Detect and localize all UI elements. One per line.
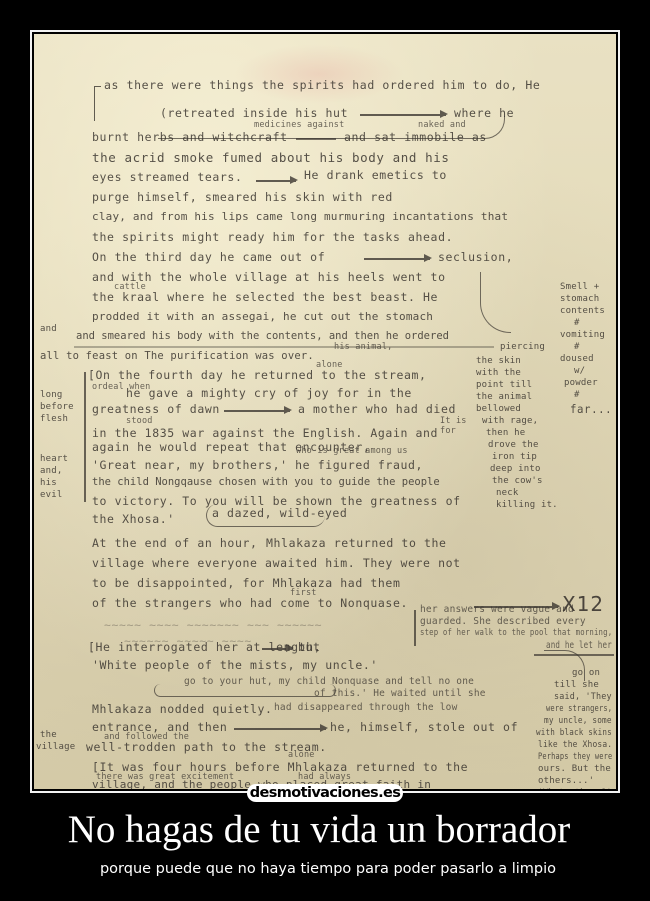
manuscript-line: all to feast on The purification was ove… bbox=[40, 350, 314, 362]
margin-note: doused bbox=[560, 354, 594, 364]
manuscript-line: village where everyone awaited him. They… bbox=[92, 556, 461, 570]
margin-note: far... bbox=[570, 402, 612, 416]
margin-note: It is bbox=[440, 416, 467, 426]
margin-note: others...' bbox=[538, 776, 594, 786]
margin-note: vomiting bbox=[560, 330, 605, 340]
circled-insert-mark bbox=[154, 684, 336, 697]
insert-note: stood bbox=[126, 416, 153, 426]
margin-note: then he bbox=[486, 428, 525, 438]
manuscript-line: clay, and from his lips came long murmur… bbox=[92, 210, 508, 223]
manuscript-line: seclusion, bbox=[438, 250, 513, 264]
margin-note: Perhaps they were bbox=[538, 752, 612, 762]
manuscript-line: the Xhosa.' bbox=[92, 512, 175, 526]
margin-note: his bbox=[40, 478, 57, 488]
insert-note: alone bbox=[288, 750, 315, 760]
manuscript-line: in the 1835 war against the English. Aga… bbox=[92, 426, 438, 440]
margin-note: killing it. bbox=[496, 500, 558, 510]
margin-note: village bbox=[36, 742, 75, 752]
margin-note: and, bbox=[40, 466, 62, 476]
manuscript-line: eyes streamed tears. bbox=[92, 170, 242, 184]
curly-bracket-mark bbox=[480, 272, 511, 333]
manuscript-line: he gave a mighty cry of joy for in the bbox=[126, 386, 412, 400]
manuscript-line: as there were things the spirits had ord… bbox=[104, 78, 540, 92]
manuscript-line: (retreated inside his hut bbox=[160, 106, 348, 120]
margin-note: bellowed bbox=[476, 404, 521, 414]
margin-note: like the Xhosa. bbox=[538, 740, 612, 750]
manuscript-line: the kraal where he selected the best bea… bbox=[92, 290, 438, 304]
manuscript-line: to be disappointed, for Mhlakaza had the… bbox=[92, 576, 400, 590]
arrow-mark bbox=[262, 648, 292, 650]
manuscript-line: On the third day he came out of bbox=[92, 250, 325, 264]
insert-note: had disappeared through the low bbox=[274, 702, 458, 713]
poster-title: No hagas de tu vida un borrador bbox=[0, 807, 650, 853]
manuscript-line: and smeared his body with the contents, … bbox=[76, 330, 449, 342]
margin-note: till she bbox=[554, 680, 599, 690]
margin-note: with the bbox=[476, 368, 521, 378]
margin-note: long bbox=[40, 390, 62, 400]
margin-note: evil bbox=[40, 490, 62, 500]
margin-note: w/ bbox=[574, 366, 585, 376]
insert-note: step of her walk to the pool that mornin… bbox=[420, 628, 612, 638]
manuscript-line: 'Great near, my brothers,' he figured fr… bbox=[92, 458, 423, 472]
margin-note: with rage, bbox=[482, 416, 538, 426]
manuscript-line: he, himself, stole out of bbox=[330, 720, 518, 734]
manuscript-line: but bbox=[298, 640, 321, 654]
manuscript-line: Mhlakaza returned to the bbox=[266, 536, 447, 550]
margin-note: drove the bbox=[488, 440, 539, 450]
arrow-mark bbox=[234, 728, 326, 730]
manuscript-line: Mhlakaza nodded quietly. bbox=[92, 702, 273, 716]
arrow-mark bbox=[360, 114, 446, 116]
margin-note: piercing bbox=[500, 342, 545, 352]
margin-note: and bbox=[40, 324, 57, 334]
manuscript-page: as there were things the spirits had ord… bbox=[34, 34, 616, 789]
margin-note: contents bbox=[560, 306, 605, 316]
margin-note: deep into bbox=[490, 464, 541, 474]
manuscript-line: a mother who had died bbox=[298, 402, 456, 416]
manuscript-line: purge himself, smeared his skin with red bbox=[92, 190, 393, 204]
margin-note: the bbox=[40, 730, 57, 740]
margin-note: heart bbox=[40, 454, 68, 464]
margin-note: # bbox=[574, 390, 580, 400]
manuscript-line: 'White people of the mists, my uncle.' bbox=[92, 658, 378, 672]
poster-subtitle: porque puede que no haya tiempo para pod… bbox=[0, 859, 650, 879]
insert-note: her answers were vague and bbox=[420, 604, 574, 615]
margin-note: the cow's bbox=[492, 476, 543, 486]
margin-note: the animal bbox=[476, 392, 532, 402]
margin-note: for bbox=[440, 426, 456, 436]
manuscript-line: and sat immobile as bbox=[344, 130, 487, 144]
margin-note: iron tip bbox=[492, 452, 537, 462]
manuscript-line: At the end of an hour, bbox=[92, 536, 258, 550]
manuscript-line: a dazed, wild-eyed bbox=[212, 506, 347, 520]
stain bbox=[234, 44, 404, 104]
arrow-mark bbox=[364, 258, 430, 260]
manuscript-line: the spirits might ready him for the task… bbox=[92, 230, 453, 244]
margin-note: flesh bbox=[40, 414, 68, 424]
manuscript-line: [On the fourth day he returned to the st… bbox=[88, 368, 427, 382]
insert-note: of this.' He waited until she bbox=[314, 688, 486, 699]
margin-note: go on bbox=[572, 668, 600, 678]
site-watermark: desmotivaciones.es bbox=[247, 784, 403, 802]
margin-note: stomach bbox=[560, 294, 599, 304]
margin-note: my uncle, some bbox=[544, 716, 612, 726]
margin-note: with black skins bbox=[536, 728, 612, 738]
manuscript-line: He drank emetics to bbox=[304, 168, 447, 182]
manuscript-line: of the strangers who had come to Nonquas… bbox=[92, 596, 408, 610]
strike-line bbox=[74, 346, 494, 348]
margin-note: before bbox=[40, 402, 74, 412]
margin-note: # bbox=[574, 342, 580, 352]
poster-frame: as there were things the spirits had ord… bbox=[30, 30, 620, 793]
bracket-mark bbox=[414, 610, 416, 646]
dash-mark bbox=[296, 138, 336, 140]
insert-note: medicines against bbox=[254, 120, 344, 130]
margin-note: neck bbox=[496, 488, 518, 498]
insert-note: who is great among us bbox=[296, 446, 408, 456]
margin-note: # bbox=[574, 318, 580, 328]
arrow-mark bbox=[224, 410, 290, 412]
manuscript-line: the child Nongqause chosen with you to g… bbox=[92, 476, 440, 488]
margin-note: Smell + bbox=[560, 282, 599, 292]
manuscript-line: prodded it with an assegai, he cut out t… bbox=[92, 310, 433, 323]
insert-note: naked and bbox=[418, 120, 466, 130]
margin-note: powder bbox=[564, 378, 598, 388]
margin-note: said, 'They bbox=[554, 692, 612, 702]
arrow-mark bbox=[256, 180, 296, 182]
margin-note: the skin bbox=[476, 356, 521, 366]
erased-text: ~~~~~ ~~~~ ~~~~~~~ ~~~ ~~~~~~ bbox=[104, 618, 322, 632]
margin-note: were strangers, bbox=[546, 704, 612, 714]
margin-note: ours. But the bbox=[538, 764, 611, 774]
margin-note: 'What others?' bbox=[538, 788, 612, 789]
bracket-mark bbox=[84, 372, 86, 502]
margin-note: point till bbox=[476, 380, 532, 390]
manuscript-line: greatness of dawn bbox=[92, 402, 220, 416]
insert-note: guarded. She described every bbox=[420, 616, 586, 627]
manuscript-line: burnt herbs and witchcraft bbox=[92, 130, 288, 144]
manuscript-line: where he bbox=[454, 106, 514, 120]
manuscript-line: the acrid smoke fumed about his body and… bbox=[92, 150, 450, 165]
bracket-mark bbox=[94, 86, 101, 121]
